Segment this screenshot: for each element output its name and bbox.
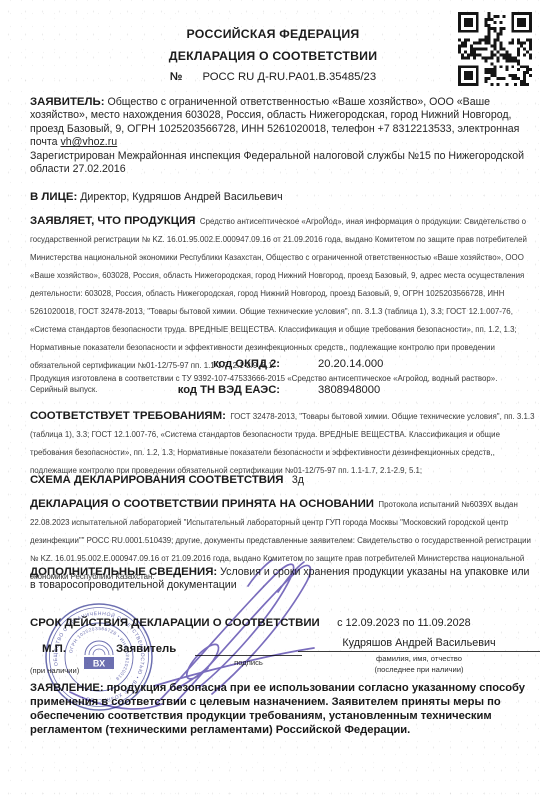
tnved-row: код ТН ВЭД ЕАЭС: 3808948000 — [30, 384, 536, 396]
qr-code-icon — [458, 12, 532, 86]
tnved-value: 3808948000 — [318, 384, 380, 396]
declaration-number: РОСС RU Д-RU.РА01.В.35485/23 — [202, 71, 376, 83]
person-section: В ЛИЦЕ: Директор, Кудряшов Андрей Василь… — [30, 191, 536, 204]
product-label: ЗАЯВЛЯЕТ, ЧТО ПРОДУКЦИЯ — [30, 215, 195, 227]
applicant-section: ЗАЯВИТЕЛЬ: Общество с ограниченной ответ… — [30, 96, 536, 176]
basis-label: ДЕКЛАРАЦИЯ О СООТВЕТСТВИИ ПРИНЯТА НА ОСН… — [30, 498, 374, 510]
validity-value: с 12.09.2023 по 11.09.2028 — [337, 617, 471, 629]
tnved-label: код ТН ВЭД ЕАЭС: — [30, 384, 280, 396]
scheme-label: СХЕМА ДЕКЛАРИРОВАНИЯ СООТВЕТСТВИЯ — [30, 474, 283, 486]
person-text: Директор, Кудряшов Андрей Васильевич — [80, 191, 282, 203]
scheme-value: 3д — [292, 474, 304, 486]
person-label: В ЛИЦЕ: — [30, 191, 77, 203]
product-description: Средство антисептическое «АгроЙод», иная… — [30, 217, 527, 370]
okpd-value: 20.20.14.000 — [318, 358, 383, 370]
email-link[interactable]: vh@vhoz.ru — [60, 136, 117, 148]
number-label: № — [170, 71, 183, 83]
applicant-label: ЗАЯВИТЕЛЬ: — [30, 96, 105, 108]
registration-text: Зарегистрирован Межрайонная инспекция Фе… — [30, 150, 536, 177]
compliance-section: СООТВЕТСТВУЕТ ТРЕБОВАНИЯМ: ГОСТ 32478-20… — [30, 406, 536, 478]
document-page: РОССИЙСКАЯ ФЕДЕРАЦИЯ ДЕКЛАРАЦИЯ О СООТВЕ… — [0, 0, 546, 800]
scheme-section: СХЕМА ДЕКЛАРИРОВАНИЯ СООТВЕТСТВИЯ 3д — [30, 470, 536, 488]
okpd-row: код ОКПД 2: 20.20.14.000 — [30, 358, 536, 370]
compliance-label: СООТВЕТСТВУЕТ ТРЕБОВАНИЯМ: — [30, 410, 226, 422]
okpd-label: код ОКПД 2: — [30, 358, 280, 370]
signature-scrawl — [40, 552, 350, 717]
